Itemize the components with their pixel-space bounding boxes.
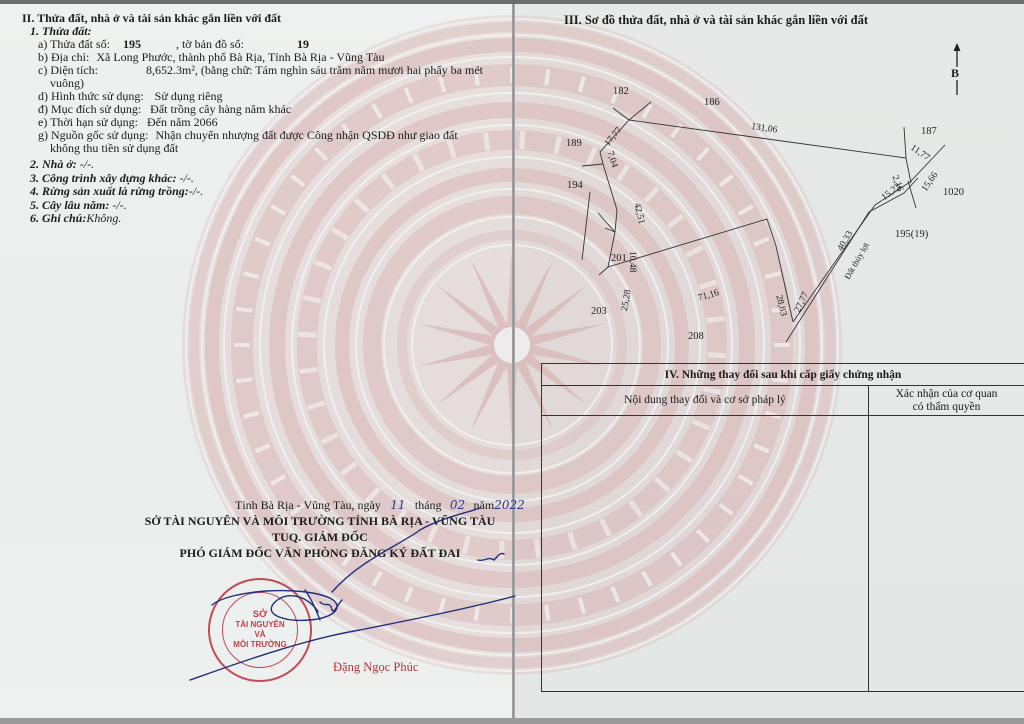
authority-confirmation-cell <box>869 416 1024 692</box>
parcel-label-195-19: 195(19) <box>895 229 928 240</box>
parcel-label-182: 182 <box>613 86 629 97</box>
parcel-label-194: 194 <box>567 180 583 191</box>
photo-bottom-edge <box>0 718 1024 724</box>
parcel-label-189: 189 <box>566 138 582 149</box>
parcel-label-187: 187 <box>921 126 937 137</box>
col2-header-line1: Xác nhận của cơ quan <box>896 388 998 400</box>
changes-table-title: IV. Những thay đổi sau khi cấp giấy chứn… <box>542 364 1024 386</box>
col-header-authority-confirmation: Xác nhận của cơ quan có thẩm quyền <box>869 386 1024 416</box>
col-header-change-content: Nội dung thay đổi và cơ sở pháp lý <box>542 386 869 416</box>
changes-table: IV. Những thay đổi sau khi cấp giấy chứn… <box>541 363 1024 692</box>
edge-length-10-48: 10,48 <box>627 251 637 272</box>
parcel-label-201: 201 <box>611 253 627 264</box>
parcel-label-1020: 1020 <box>943 187 964 198</box>
parcel-label-186: 186 <box>704 97 720 108</box>
parcel-label-208: 208 <box>688 331 704 342</box>
change-content-cell <box>542 416 869 692</box>
col2-header-line2: có thẩm quyền <box>913 401 981 413</box>
parcel-label-203: 203 <box>591 306 607 317</box>
